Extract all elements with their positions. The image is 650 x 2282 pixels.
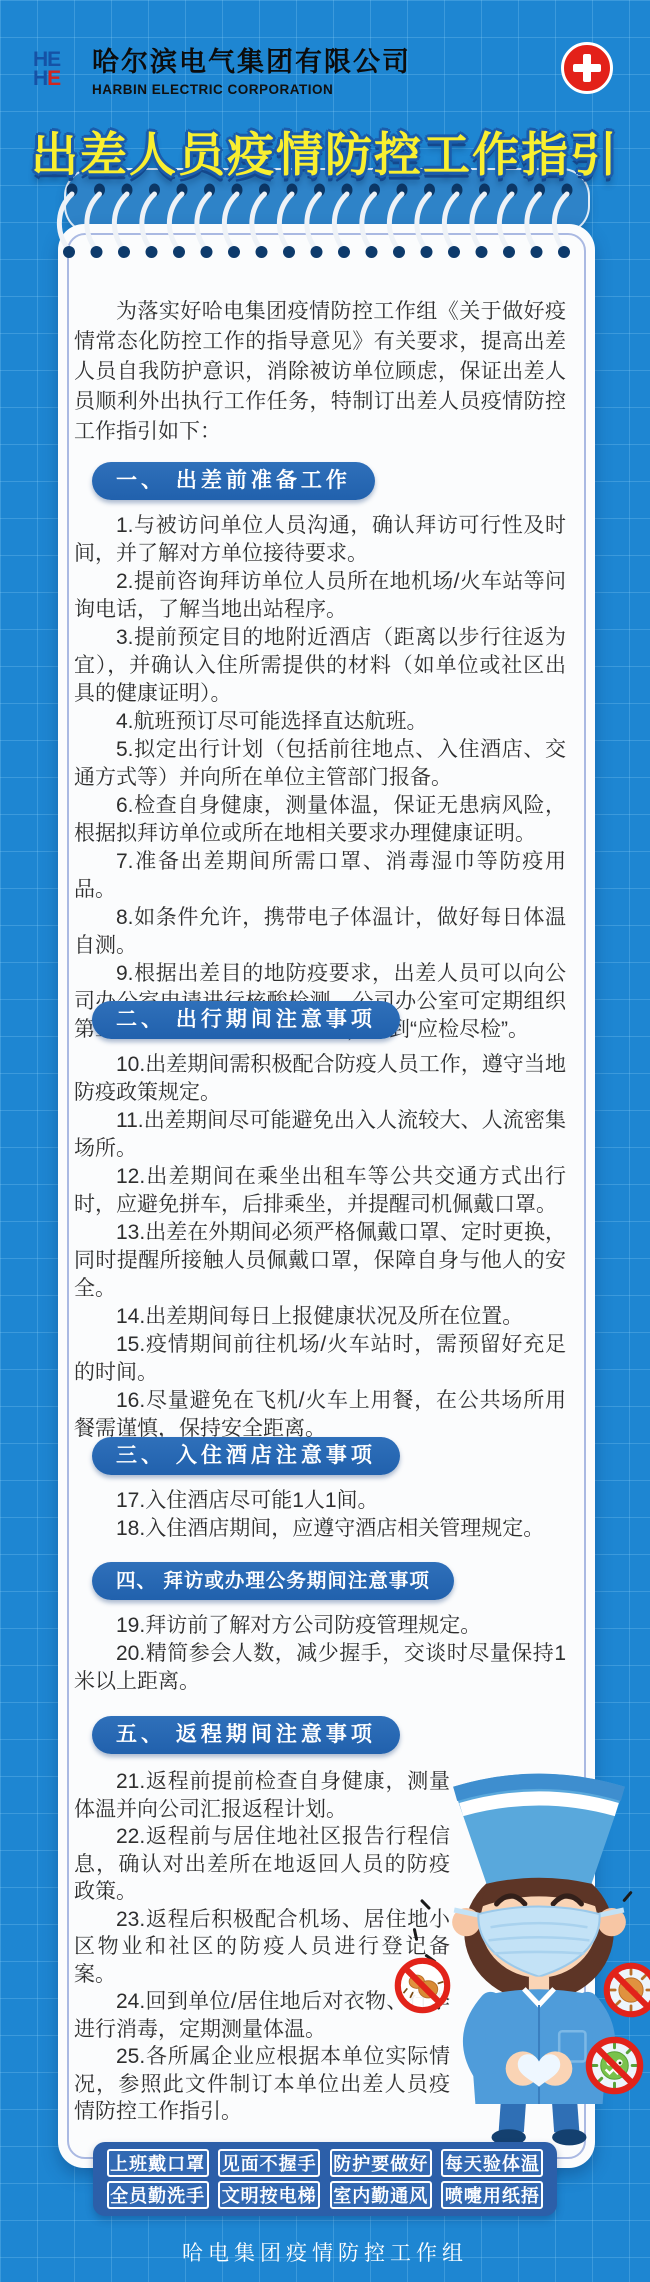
guideline-item: 3.提前预定目的地附近酒店（距离以步行往返为宜），并确认入住所需提供的材料（如单… [74, 624, 566, 708]
no-flea-icon [394, 1957, 451, 2014]
guideline-item: 6.检查自身健康，测量体温，保证无患病风险，根据拟拜访单位或所在地相关要求办理健… [74, 792, 566, 848]
logo-letter-e: E [47, 69, 60, 88]
section-items: 10.出差期间需积极配合防疫人员工作，遵守当地防疫政策规定。11.出差期间尽可能… [74, 1051, 566, 1443]
guideline-item: 25.各所属企业应根据本单位实际情况，参照此文件制订本单位出差人员疫情防控工作指… [74, 2043, 450, 2126]
guideline-item: 1.与被访问单位人员沟通，确认拜访可行性及时间，并了解对方单位接待要求。 [74, 512, 566, 568]
guideline-item: 12.出差期间在乘坐出租车等公共交通方式出行时，应避免拼车，后排乘坐，并提醒司机… [74, 1163, 566, 1219]
section-header: 一、 出差前准备工作 [92, 462, 375, 500]
section-header: 四、 拜访或办理公务期间注意事项 [92, 1562, 454, 1600]
guideline-item: 8.如条件允许，携带电子体温计，做好每日体温自测。 [74, 904, 566, 960]
company-name-en: HARBIN ELECTRIC CORPORATION [92, 82, 411, 97]
section-items: 19.拜访前了解对方公司防疫管理规定。20.精简参会人数，减少握手，交谈时尽量保… [74, 1612, 566, 1696]
section-items: 21.返程前提前检查自身健康，测量体温并向公司汇报返程计划。22.返程前与居住地… [74, 1768, 450, 2126]
prevention-tag: 每天验体温 [441, 2149, 543, 2177]
intro-paragraph: 为落实好哈电集团疫情防控工作组《关于做好疫情常态化防控工作的指导意见》有关要求，… [74, 297, 566, 447]
poster-title: 出差人员疫情防控工作指引 [0, 118, 650, 185]
guideline-item: 5.拟定出行计划（包括前往地点、入住酒店、交通方式等）并向所在单位主管部门报备。 [74, 736, 566, 792]
company-name-cn: 哈尔滨电气集团有限公司 [92, 40, 411, 79]
guideline-item: 22.返程前与居住地社区报告行程信息，确认对出差所在地返回人员的防疫政策。 [74, 1823, 450, 1906]
guideline-item: 2.提前咨询拜访单位人员所在地机场/火车站等问询电话，了解当地出站程序。 [74, 568, 566, 624]
harbin-electric-logo-icon: HE HE [33, 50, 79, 88]
prevention-tag: 上班戴口罩 [107, 2149, 209, 2177]
prevention-tips-bar: 上班戴口罩见面不握手防护要做好每天验体温全员勤洗手文明按电梯室内勤通风喷嚏用纸捂 [93, 2142, 557, 2216]
header: HE HE 哈尔滨电气集团有限公司 HARBIN ELECTRIC CORPOR… [33, 40, 411, 97]
logo-letters-top: HE [33, 50, 60, 69]
prevention-tag: 室内勤通风 [330, 2181, 432, 2209]
guideline-item: 14.出差期间每日上报健康状况及所在位置。 [74, 1303, 566, 1331]
guideline-item: 19.拜访前了解对方公司防疫管理规定。 [74, 1612, 566, 1640]
prevention-tag: 见面不握手 [218, 2149, 320, 2177]
guideline-item: 13.出差在外期间必须严格佩戴口罩、定时更换，同时提醒所接触人员佩戴口罩，保障自… [74, 1219, 566, 1303]
section-header: 二、 出行期间注意事项 [92, 1001, 400, 1039]
prevention-tag: 全员勤洗手 [107, 2181, 209, 2209]
poster: HE HE 哈尔滨电气集团有限公司 HARBIN ELECTRIC CORPOR… [0, 0, 650, 2282]
medical-cross-icon [561, 42, 613, 94]
company-name: 哈尔滨电气集团有限公司 HARBIN ELECTRIC CORPORATION [92, 40, 411, 97]
guideline-item: 10.出差期间需积极配合防疫人员工作，遵守当地防疫政策规定。 [74, 1051, 566, 1107]
guideline-item: 11.出差期间尽可能避免出入人流较大、人流密集场所。 [74, 1107, 566, 1163]
guideline-item: 20.精简参会人数，减少握手，交谈时尽量保持1米以上距离。 [74, 1640, 566, 1696]
guideline-item: 16.尽量避免在飞机/火车上用餐，在公共场所用餐需谨慎，保持安全距离。 [74, 1387, 566, 1443]
logo-letter-h: H [33, 69, 47, 88]
section-header: 五、 返程期间注意事项 [92, 1716, 400, 1754]
no-virus-green-icon [585, 2036, 644, 2095]
section-items: 17.入住酒店尽可能1人1间。18.入住酒店期间，应遵守酒店相关管理规定。 [74, 1487, 566, 1543]
guideline-item: 18.入住酒店期间，应遵守酒店相关管理规定。 [74, 1515, 566, 1543]
section-items: 1.与被访问单位人员沟通，确认拜访可行性及时间，并了解对方单位接待要求。2.提前… [74, 512, 566, 1044]
section-header: 三、 入住酒店注意事项 [92, 1437, 400, 1475]
guideline-item: 21.返程前提前检查自身健康，测量体温并向公司汇报返程计划。 [74, 1768, 450, 1823]
guideline-item: 7.准备出差期间所需口罩、消毒湿巾等防疫用品。 [74, 848, 566, 904]
prevention-tag: 防护要做好 [330, 2149, 432, 2177]
guideline-item: 4.航班预订尽可能选择直达航班。 [74, 708, 566, 736]
guideline-item: 17.入住酒店尽可能1人1间。 [74, 1487, 566, 1515]
prevention-tag: 文明按电梯 [218, 2181, 320, 2209]
prevention-tag: 喷嚏用纸捂 [441, 2181, 543, 2209]
guideline-item: 15.疫情期间前往机场/火车站时，需预留好充足的时间。 [74, 1331, 566, 1387]
no-virus-orange-icon [603, 1962, 650, 2018]
footer-signature: 哈电集团疫情防控工作组 [0, 2237, 650, 2267]
